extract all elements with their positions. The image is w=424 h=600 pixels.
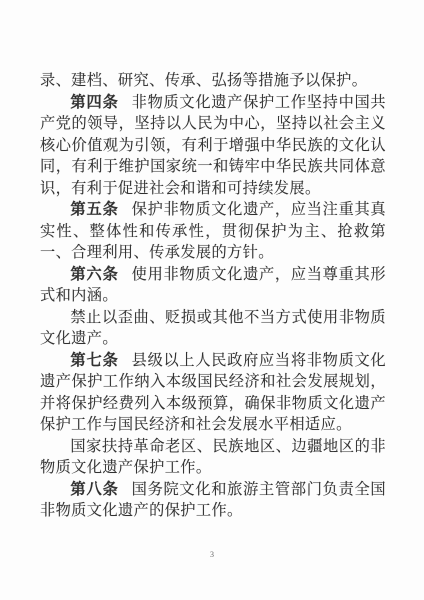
paragraph-article-8: 第八条国务院文化和旅游主管部门负责全国非物质文化遗产的保护工作。 <box>40 479 386 522</box>
paragraph-continuation: 录、建档、研究、传承、弘扬等措施予以保护。 <box>40 70 386 92</box>
paragraph-article-7-support: 国家扶持革命老区、民族地区、边疆地区的非物质文化遗产保护工作。 <box>40 436 386 479</box>
paragraph-text: 录、建档、研究、传承、弘扬等措施予以保护。 <box>40 72 367 89</box>
article-number: 第五条 <box>70 201 118 218</box>
paragraph-article-6: 第六条使用非物质文化遗产，应当尊重其形式和内涵。 <box>40 264 386 307</box>
page-number: 3 <box>0 550 424 560</box>
article-number: 第六条 <box>70 266 118 283</box>
paragraph-article-5: 第五条保护非物质文化遗产，应当注重其真实性、整体性和传承性，贯彻保护为主、抢救第… <box>40 199 386 264</box>
article-number: 第七条 <box>70 352 118 369</box>
paragraph-article-4: 第四条非物质文化遗产保护工作坚持中国共产党的领导，坚持以人民为中心，坚持以社会主… <box>40 92 386 200</box>
paragraph-article-6-prohibition: 禁止以歪曲、贬损或其他不当方式使用非物质文化遗产。 <box>40 307 386 350</box>
article-number: 第八条 <box>70 481 118 498</box>
document-body: 录、建档、研究、传承、弘扬等措施予以保护。 第四条非物质文化遗产保护工作坚持中国… <box>40 70 386 522</box>
document-page: 录、建档、研究、传承、弘扬等措施予以保护。 第四条非物质文化遗产保护工作坚持中国… <box>0 0 424 600</box>
paragraph-text: 禁止以歪曲、贬损或其他不当方式使用非物质文化遗产。 <box>40 309 386 348</box>
article-number: 第四条 <box>70 94 118 111</box>
paragraph-text: 国家扶持革命老区、民族地区、边疆地区的非物质文化遗产保护工作。 <box>40 438 386 477</box>
paragraph-article-7: 第七条县级以上人民政府应当将非物质文化遗产保护工作纳入本级国民经济和社会发展规划… <box>40 350 386 436</box>
